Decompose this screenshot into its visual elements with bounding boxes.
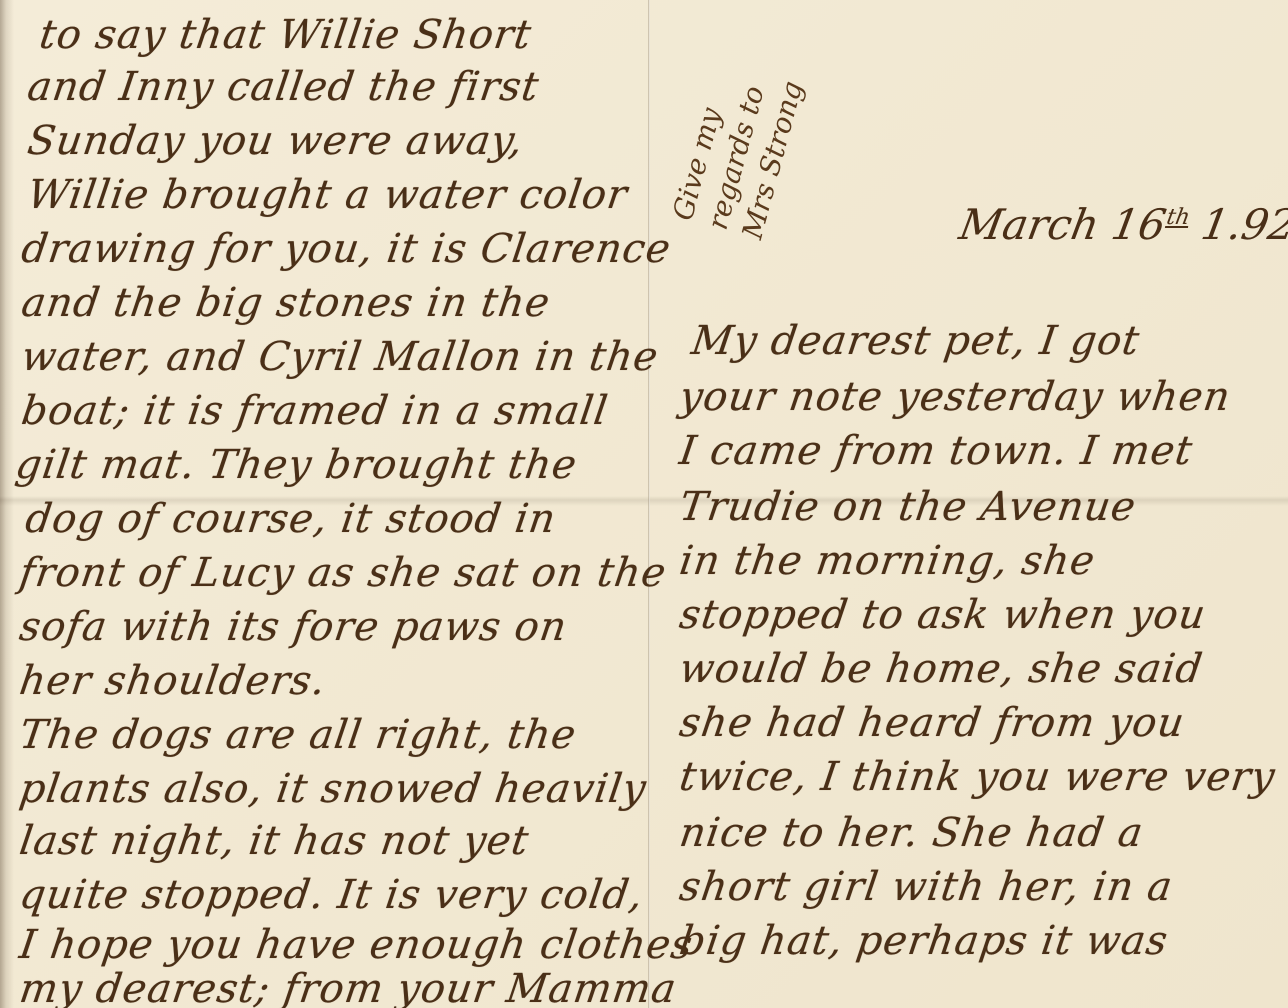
letter-line: stopped to ask when you xyxy=(677,592,1209,638)
letter-line: front of Lucy as she sat on the xyxy=(17,550,670,596)
letter-line: and the big stones in the xyxy=(19,280,553,326)
letter-line: Willie brought a water color xyxy=(25,172,631,218)
letter-line: I came from town. I met xyxy=(677,428,1196,474)
letter-line: water, and Cyril Mallon in the xyxy=(19,334,662,380)
letter-line: plants also, it snowed heavily xyxy=(17,766,650,812)
right-page: My dearest pet, I got your note yesterda… xyxy=(650,0,1288,1008)
letter-line: her shoulders. xyxy=(17,658,329,704)
letter-line: My dearest pet, I got xyxy=(689,318,1143,364)
letter-line: dog of course, it stood in xyxy=(23,496,559,542)
letter-line: The dogs are all right, the xyxy=(17,712,580,758)
letter-line: to say that Willie Short xyxy=(37,12,535,58)
letter-line: quite stopped. It is very cold, xyxy=(17,872,647,918)
letter-line: Sunday you were away, xyxy=(25,118,527,164)
letter-line: boat; it is framed in a small xyxy=(19,388,611,434)
letter-line: my dearest; from your Mamma xyxy=(17,966,680,1008)
letter-line: Trudie on the Avenue xyxy=(677,484,1139,530)
letter-line: twice, I think you were very xyxy=(677,754,1278,800)
letter-line: last night, it has not yet xyxy=(17,818,532,864)
letter-line: in the morning, she xyxy=(677,538,1098,584)
letter-line: she had heard from you xyxy=(677,700,1188,746)
letter-line: short girl with her, in a xyxy=(677,864,1176,910)
left-page: to say that Willie Short and Inny called… xyxy=(0,0,648,1008)
letter-line: your note yesterday when xyxy=(677,374,1234,420)
letter-line: nice to her. She had a xyxy=(677,810,1147,856)
letter-line: gilt mat. They brought the xyxy=(13,442,580,488)
letter-line: drawing for you, it is Clarence xyxy=(19,226,674,272)
letter-line: I hope you have enough clothes xyxy=(17,922,696,968)
letter-line: would be home, she said xyxy=(677,646,1206,692)
letter-line: big hat, perhaps it was xyxy=(677,918,1171,964)
letter-line: and Inny called the first xyxy=(25,64,542,110)
letter-line: sofa with its fore paws on xyxy=(17,604,570,650)
